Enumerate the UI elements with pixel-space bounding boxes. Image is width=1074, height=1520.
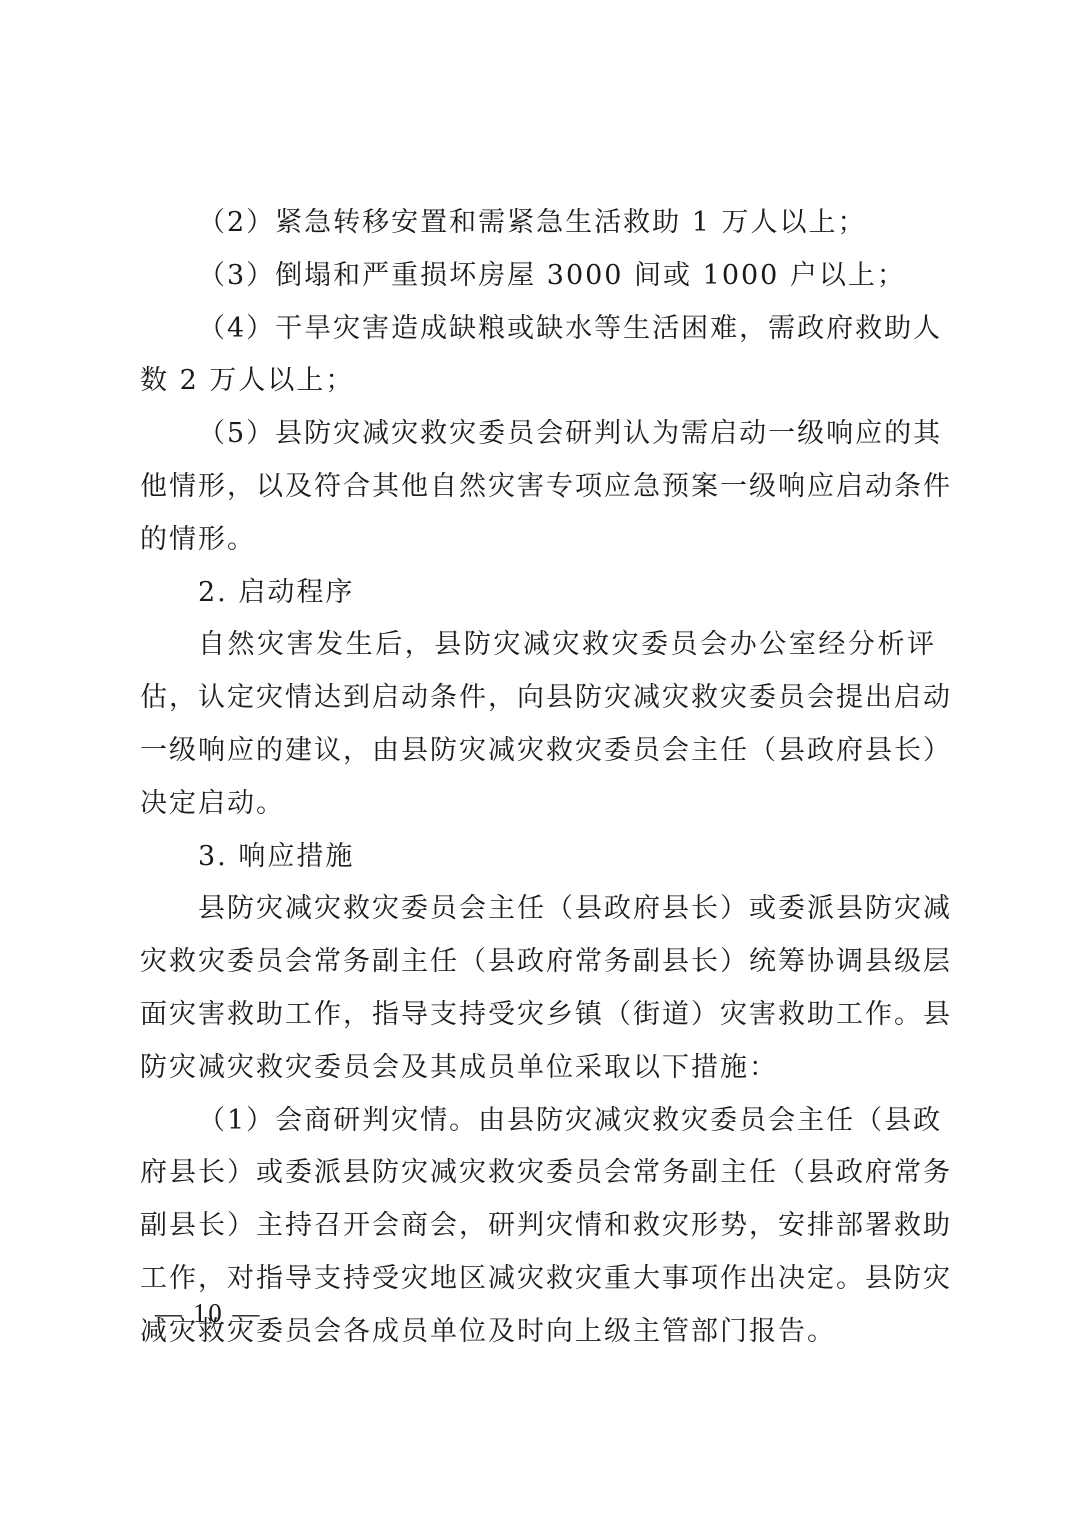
text-line: 的情形。: [140, 514, 936, 567]
text-line: 一级响应的建议，由县防灾减灾救灾委员会主任（县政府县长）: [140, 725, 936, 778]
text-line: 灾救灾委员会常务副主任（县政府常务副县长）统筹协调县级层: [140, 936, 936, 989]
document-body: （2）紧急转移安置和需紧急生活救助 1 万人以上；（3）倒塌和严重损坏房屋 30…: [140, 197, 936, 1359]
text-line: 面灾害救助工作，指导支持受灾乡镇（街道）灾害救助工作。县: [140, 989, 936, 1042]
text-line: 县防灾减灾救灾委员会主任（县政府县长）或委派县防灾减: [140, 883, 936, 936]
text-line: 2. 启动程序: [140, 567, 936, 620]
text-line: 估，认定灾情达到启动条件，向县防灾减灾救灾委员会提出启动: [140, 672, 936, 725]
text-line: （1）会商研判灾情。由县防灾减灾救灾委员会主任（县政: [140, 1095, 936, 1148]
text-line: 3. 响应措施: [140, 831, 936, 884]
text-line: 他情形，以及符合其他自然灾害专项应急预案一级响应启动条件: [140, 461, 936, 514]
text-line: （3）倒塌和严重损坏房屋 3000 间或 1000 户以上；: [140, 250, 936, 303]
text-line: 防灾减灾救灾委员会及其成员单位采取以下措施：: [140, 1042, 936, 1095]
text-line: 府县长）或委派县防灾减灾救灾委员会常务副主任（县政府常务: [140, 1147, 936, 1200]
text-line: 自然灾害发生后，县防灾减灾救灾委员会办公室经分析评: [140, 619, 936, 672]
text-line: 副县长）主持召开会商会，研判灾情和救灾形势，安排部署救助: [140, 1200, 936, 1253]
page-number: — 10 —: [155, 1298, 262, 1329]
text-line: （2）紧急转移安置和需紧急生活救助 1 万人以上；: [140, 197, 936, 250]
text-line: 数 2 万人以上；: [140, 355, 936, 408]
text-line: （4）干旱灾害造成缺粮或缺水等生活困难，需政府救助人: [140, 303, 936, 356]
text-line: （5）县防灾减灾救灾委员会研判认为需启动一级响应的其: [140, 408, 936, 461]
text-line: 决定启动。: [140, 778, 936, 831]
